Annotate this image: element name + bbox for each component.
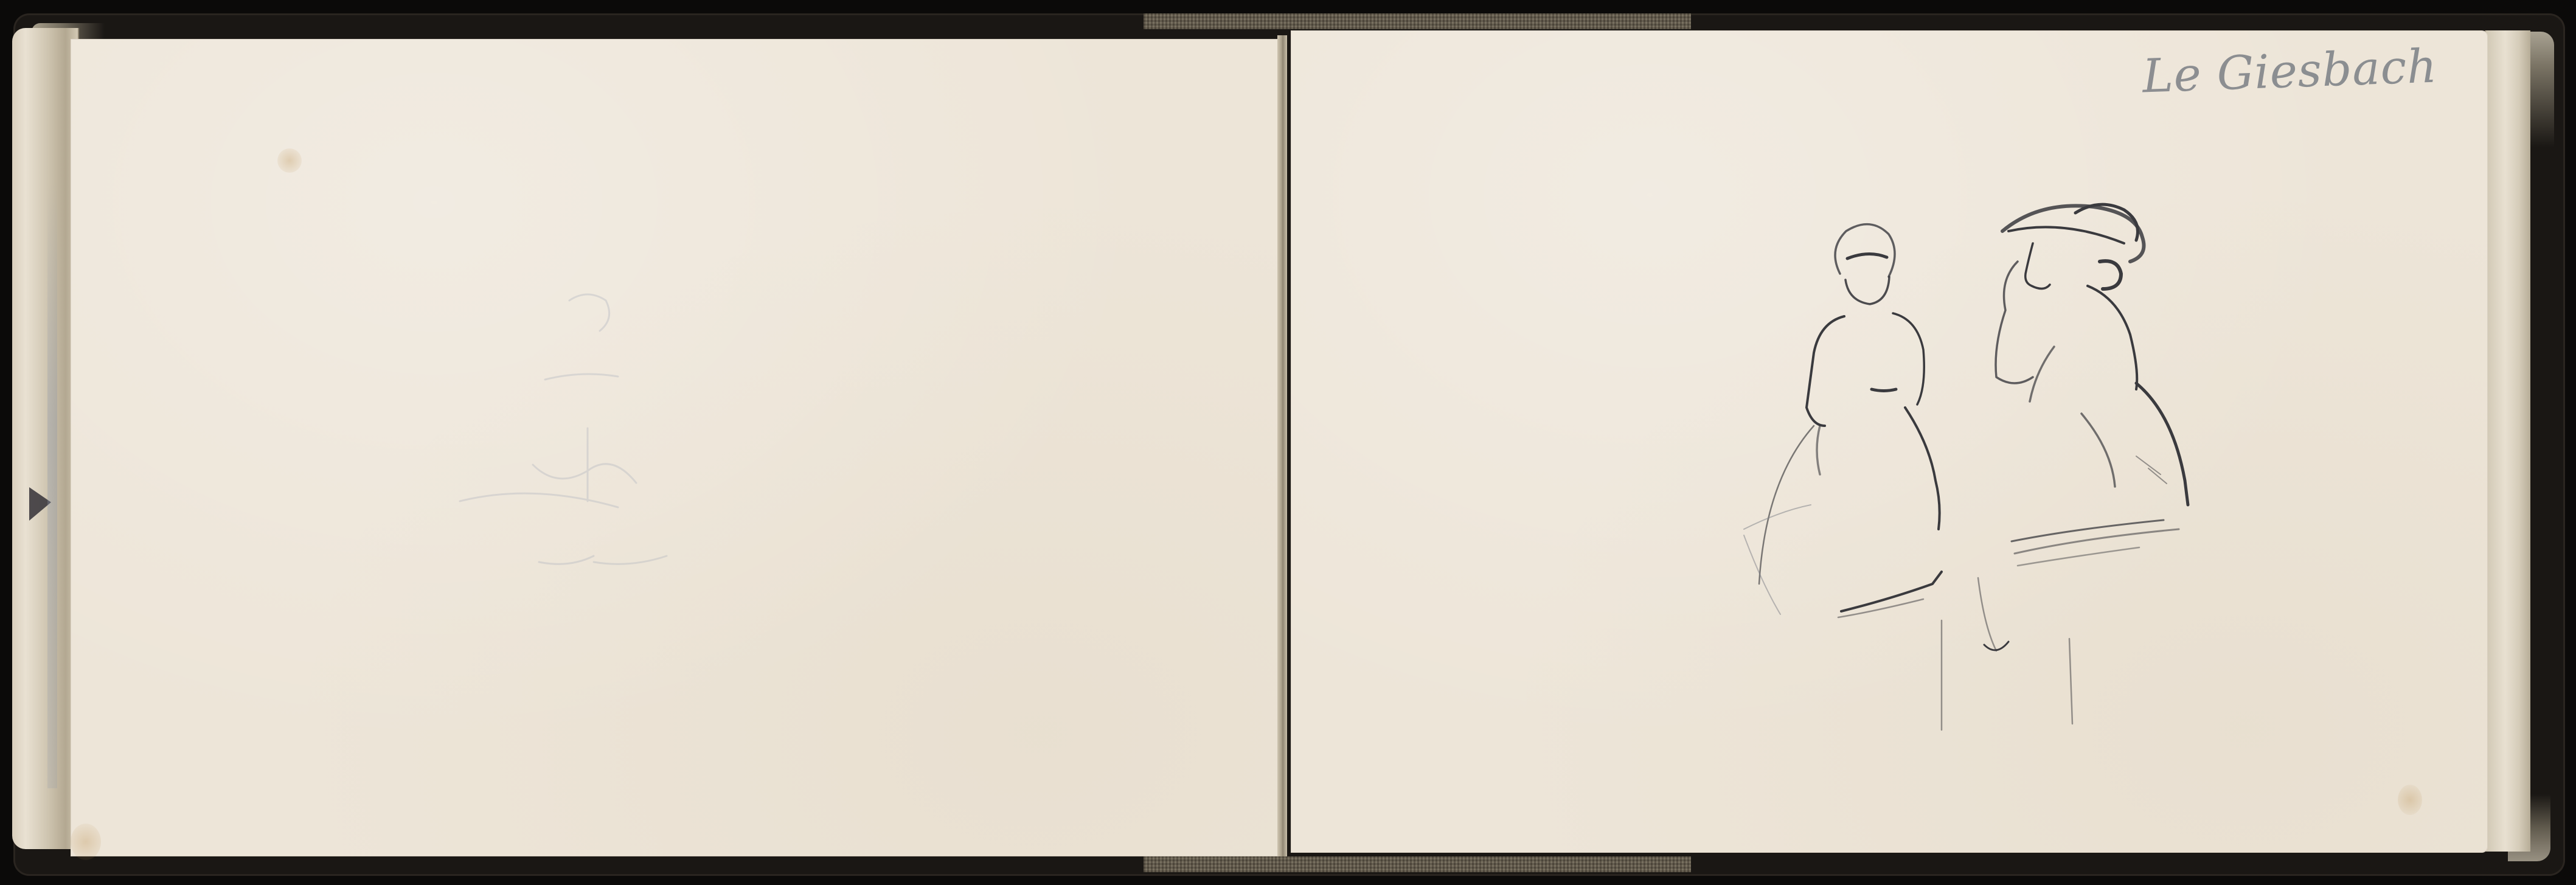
spine-cloth-bottom bbox=[1144, 856, 1691, 872]
ghost-offset-image bbox=[71, 39, 1282, 856]
right-page: Le Giesbach bbox=[1291, 30, 2488, 853]
page-edges-left bbox=[12, 28, 79, 849]
spine-cloth-top bbox=[1144, 13, 1691, 29]
gutter bbox=[1277, 35, 1287, 856]
left-page bbox=[71, 39, 1282, 856]
faint-outline bbox=[1744, 505, 1811, 614]
page-edges-right bbox=[2485, 30, 2530, 852]
figure-left bbox=[1759, 224, 1942, 730]
figure-right bbox=[1978, 204, 2188, 724]
page-edge-tab bbox=[29, 487, 51, 521]
pencil-sketch-two-women bbox=[1291, 30, 2488, 853]
